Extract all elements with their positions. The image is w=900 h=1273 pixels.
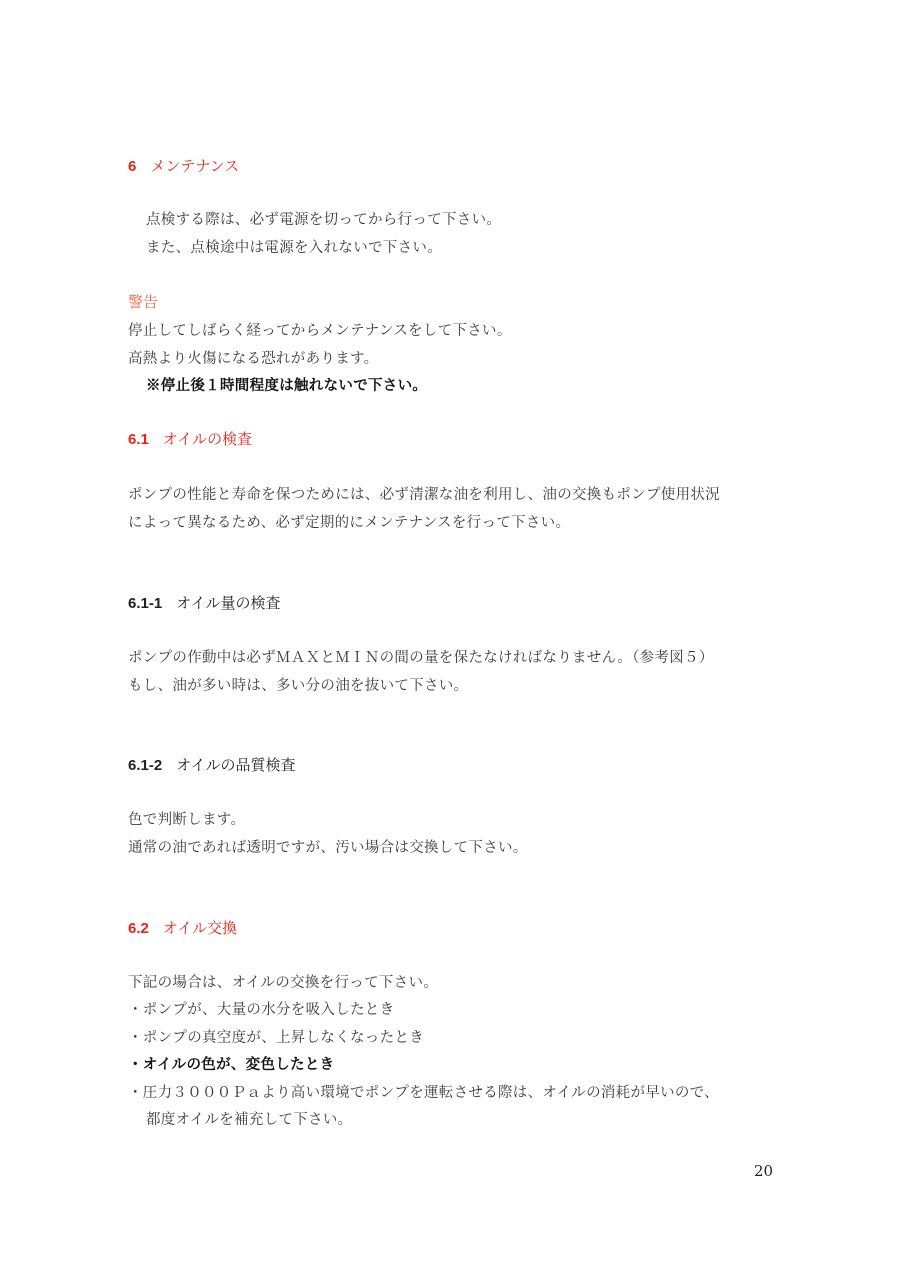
- paragraph: 停止してしばらく経ってからメンテナンスをして下さい。: [128, 319, 512, 340]
- paragraph: によって異なるため、必ず定期的にメンテナンスを行って下さい。: [128, 511, 570, 532]
- section-title: オイルの検査: [163, 431, 252, 448]
- paragraph: 色で判断します。: [128, 808, 245, 829]
- section-number: 6.1-1: [128, 595, 162, 612]
- paragraph: 高熱より火傷になる恐れがあります。: [128, 347, 378, 368]
- warning-note: ※停止後１時間程度は触れないで下さい。: [146, 374, 427, 395]
- section-title: オイル量の検査: [176, 595, 280, 612]
- section-title: オイルの品質検査: [176, 757, 295, 774]
- paragraph: ポンプの性能と寿命を保つためには、必ず清潔な油を利用し、油の交換もポンプ使用状況: [128, 483, 720, 504]
- section-title: メンテナンス: [150, 158, 239, 175]
- list-item: ・オイルの色が、変色したとき: [128, 1053, 334, 1074]
- list-item-continuation: 都度オイルを補充して下さい。: [146, 1108, 352, 1129]
- paragraph: もし、油が多い時は、多い分の油を抜いて下さい。: [128, 674, 468, 695]
- section-number: 6.1: [128, 431, 149, 448]
- list-item: ・圧力３０００Ｐａより高い環境でポンプを運転させる際は、オイルの消耗が早いので、: [128, 1081, 719, 1102]
- section-heading-6-1: 6.1オイルの検査: [128, 428, 252, 449]
- paragraph: 通常の油であれば透明ですが、汚い場合は交換して下さい。: [128, 836, 528, 857]
- document-page: 6メンテナンス 点検する際は、必ず電源を切ってから行って下さい。 また、点検途中…: [0, 0, 900, 1273]
- warning-label: 警告: [128, 291, 158, 312]
- section-heading-6-2: 6.2オイル交換: [128, 917, 237, 938]
- paragraph: また、点検途中は電源を入れないで下さい。: [146, 236, 442, 257]
- section-number: 6.1-2: [128, 757, 162, 774]
- section-heading-6-1-2: 6.1-2オイルの品質検査: [128, 754, 295, 775]
- section-title: オイル交換: [163, 920, 237, 937]
- list-item: ・ポンプが、大量の水分を吸入したとき: [128, 998, 394, 1019]
- section-heading-6-1-1: 6.1-1オイル量の検査: [128, 592, 280, 613]
- paragraph: ポンプの作動中は必ずＭＡＸとＭＩＮの間の量を保たなければなりません。（参考図５）: [128, 646, 714, 667]
- section-number: 6.2: [128, 920, 149, 937]
- paragraph: 点検する際は、必ず電源を切ってから行って下さい。: [146, 208, 501, 229]
- page-number: 20: [754, 1162, 773, 1180]
- section-number: 6: [128, 158, 136, 175]
- paragraph: 下記の場合は、オイルの交換を行って下さい。: [128, 971, 438, 992]
- list-item: ・ポンプの真空度が、上昇しなくなったとき: [128, 1026, 424, 1047]
- section-heading-6: 6メンテナンス: [128, 155, 239, 176]
